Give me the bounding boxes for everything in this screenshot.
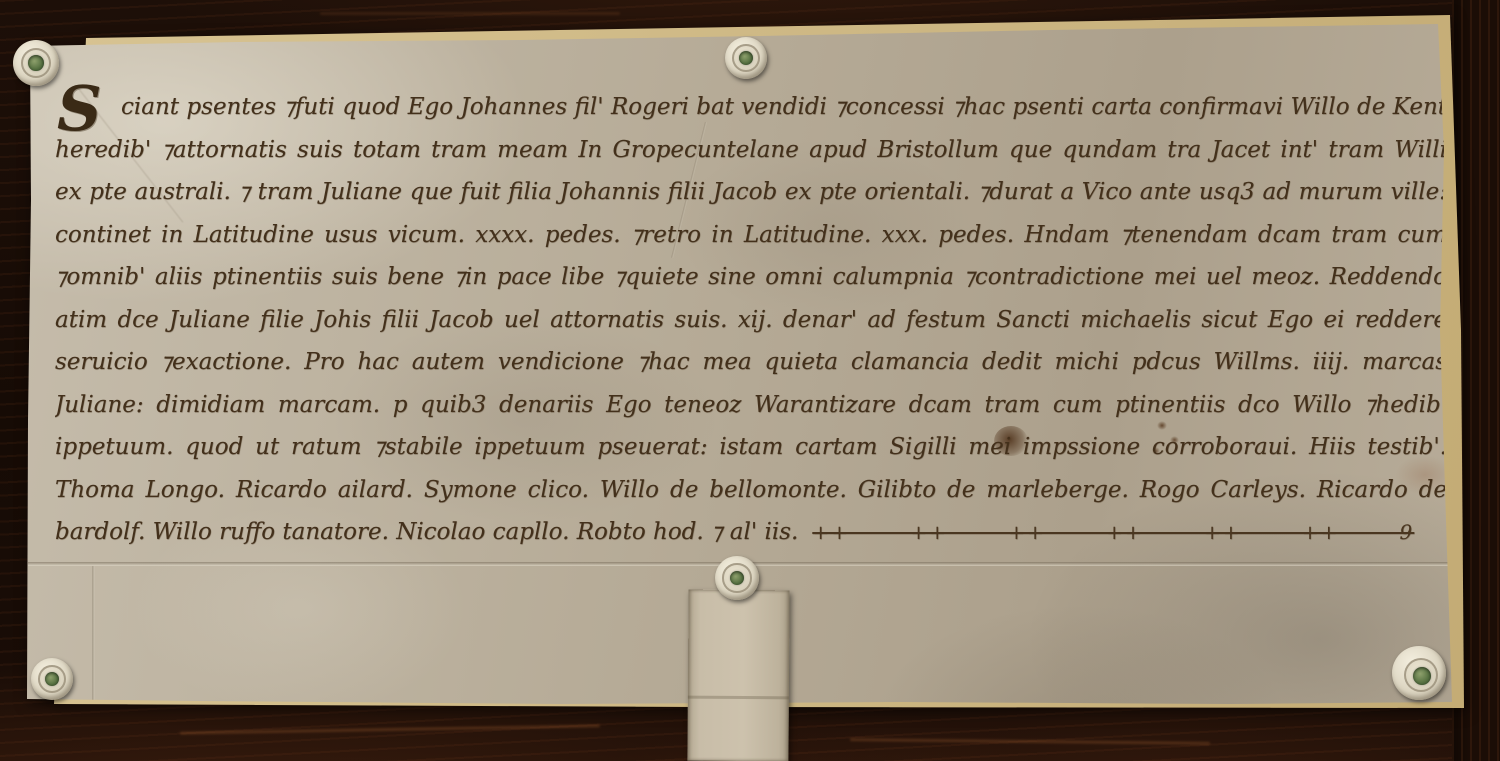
charter-line: seruicio ⁊exactione. Pro hac autem vendi… [55, 341, 1447, 384]
charter-line: ippetuum. quod ut ratum ⁊stabile ippetuu… [55, 426, 1447, 469]
charter-line: continet in Latitudine usus vicum. xxxx.… [55, 214, 1447, 257]
charter-line: heredib' ⁊attornatis suis totam tram mea… [55, 129, 1447, 172]
fastener-pin-bottom-center [715, 556, 759, 600]
parchment-crease [92, 566, 95, 700]
charter-line: Juliane: dimidiam marcam. p quib3 denari… [55, 384, 1447, 427]
fastener-pin-bottom-left [31, 658, 73, 700]
charter-line: atim dce Juliane filie Johis filii Jacob… [55, 299, 1447, 342]
fastener-pin-bottom-right [1392, 646, 1446, 700]
fastener-pin-top-left [13, 40, 59, 86]
photograph: S ciant psentes ⁊futi quod Ego Johannes … [0, 0, 1500, 761]
charter-line-text: bardolf. Willo ruffo tanatore. Nicolao c… [55, 511, 798, 554]
charter-line: ciant psentes ⁊futi quod Ego Johannes fi… [55, 86, 1447, 129]
fastener-pin-top-center [725, 37, 767, 79]
decorated-initial: S [57, 72, 102, 145]
charter-text: S ciant psentes ⁊futi quod Ego Johannes … [55, 86, 1447, 554]
charter-line: ex pte australi. ⁊ tram Juliane que fuit… [55, 171, 1447, 214]
charter-line: Thoma Longo. Ricardo ailard. Symone clic… [55, 469, 1447, 512]
seal-tag [687, 590, 789, 761]
line-filler-flourish: ++ ++ ++ ++ ++ ++ 9 [812, 511, 1447, 554]
fastener-pin-head [1413, 667, 1431, 685]
charter-line: bardolf. Willo ruffo tanatore. Nicolao c… [55, 511, 1447, 554]
charter-line: ⁊omnib' aliis ptinentiis suis bene ⁊in p… [55, 256, 1447, 299]
fastener-pin-head [28, 55, 44, 71]
